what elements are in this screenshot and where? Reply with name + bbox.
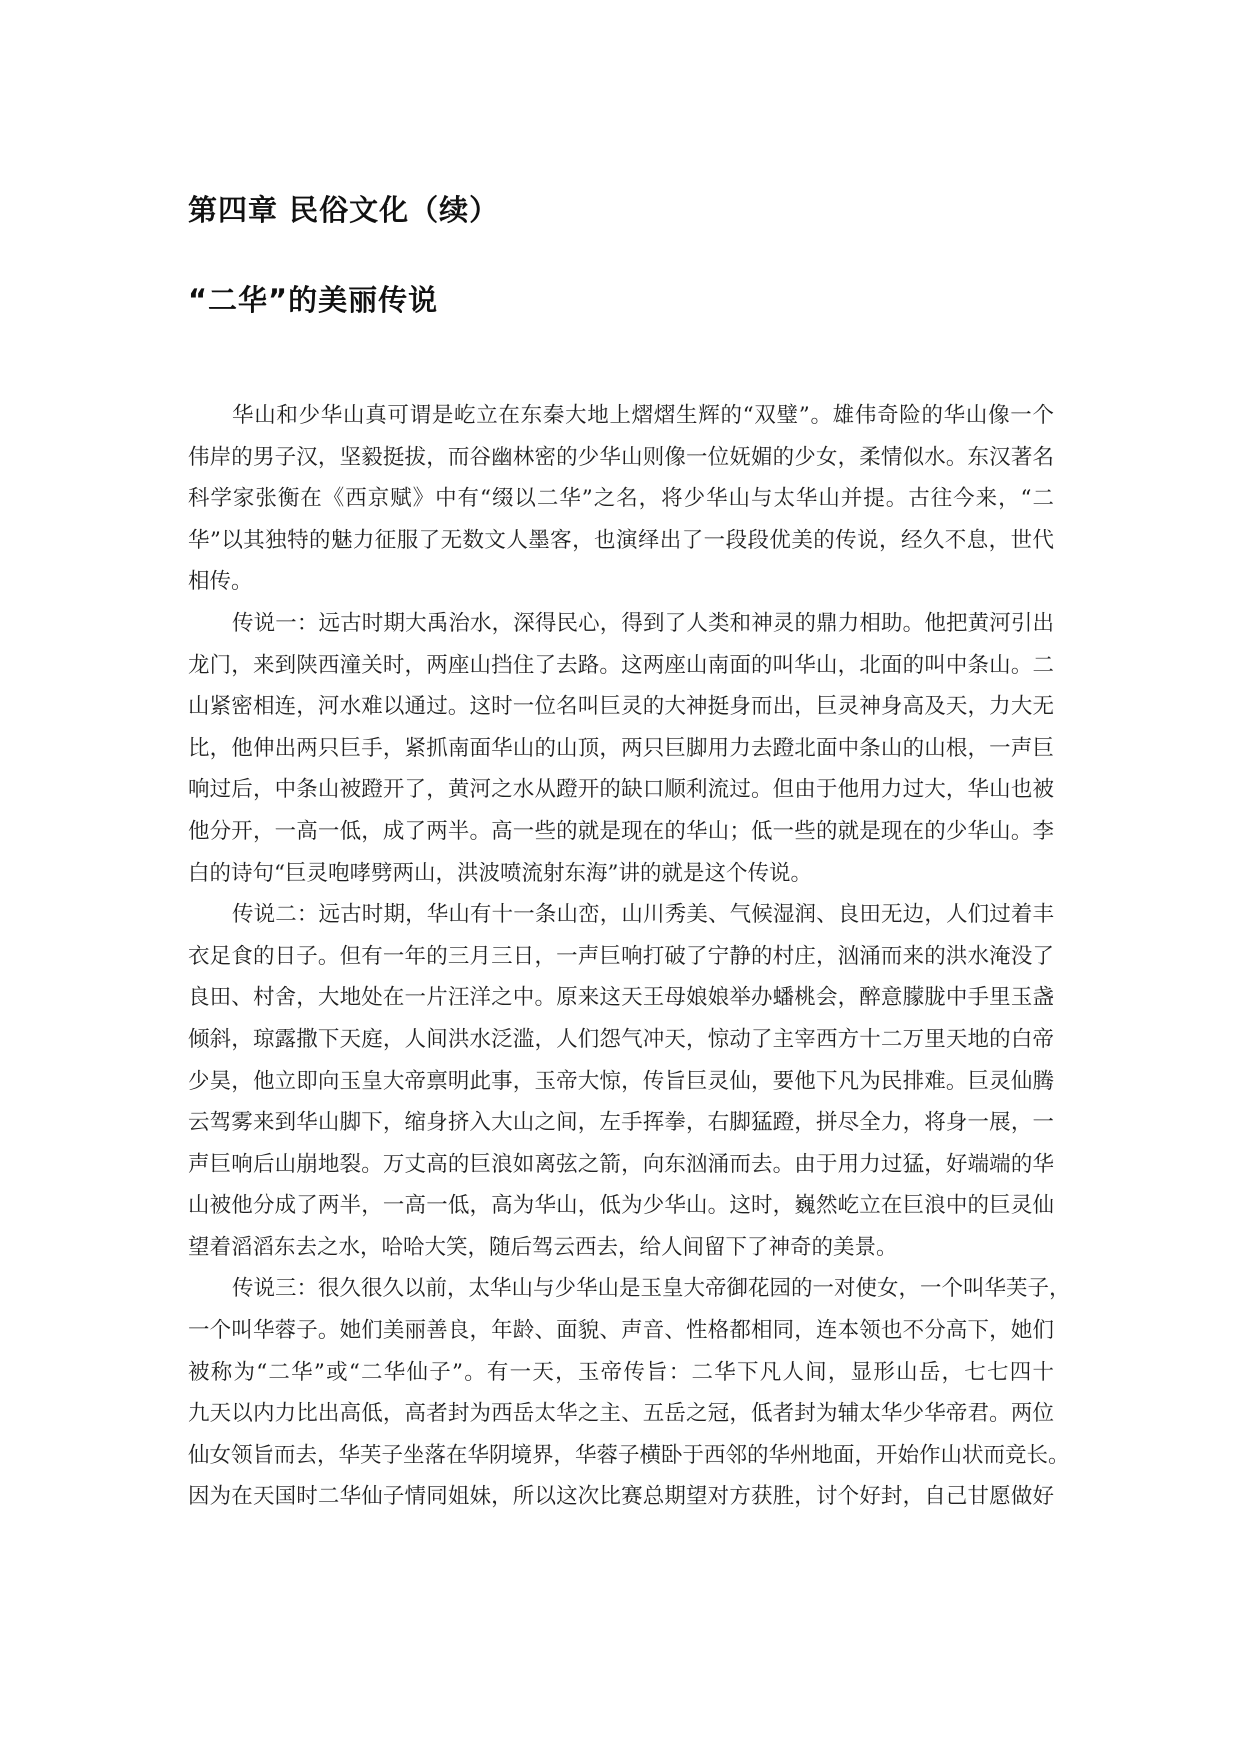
paragraph-legend-two: 传说二：远古时期，华山有十一条山峦，山川秀美、气候湿润、良田无边，人们过着丰 衣… [188,894,1054,1268]
text-line: 望着滔滔东去之水，哈哈大笑，随后驾云西去，给人间留下了神奇的美景。 [188,1227,1054,1269]
paragraph-legend-three: 传说三：很久很久以前，太华山与少华山是玉皇大帝御花园的一对使女，一个叫华芙子， … [188,1268,1054,1518]
text-line: 传说一：远古时期大禹治水，深得民心，得到了人类和神灵的鼎力相助。他把黄河引出 [188,603,1054,645]
text-line: 山紧密相连，河水难以通过。这时一位名叫巨灵的大神挺身而出，巨灵神身高及天，力大无 [188,686,1054,728]
text-line: 山被他分成了两半，一高一低，高为华山，低为少华山。这时，巍然屹立在巨浪中的巨灵仙 [188,1185,1054,1227]
text-line: 因为在天国时二华仙子情同姐妹，所以这次比赛总期望对方获胜，讨个好封，自己甘愿做好 [188,1476,1054,1518]
document-page: 第四章 民俗文化（续） “二华”的美丽传说 华山和少华山真可谓是屹立在东秦大地上… [0,0,1240,1754]
text-line: 他分开，一高一低，成了两半。高一些的就是现在的华山；低一些的就是现在的少华山。李 [188,811,1054,853]
text-line: 响过后，中条山被蹬开了，黄河之水从蹬开的缺口顺利流过。但由于他用力过大，华山也被 [188,769,1054,811]
paragraph-legend-one: 传说一：远古时期大禹治水，深得民心，得到了人类和神灵的鼎力相助。他把黄河引出 龙… [188,603,1054,894]
text-line: 云驾雾来到华山脚下，缩身挤入大山之间，左手挥拳，右脚猛蹬，拼尽全力，将身一展，一 [188,1102,1054,1144]
text-line: 被称为“二华”或“二华仙子”。有一天，玉帝传旨：二华下凡人间，显形山岳，七七四十 [188,1352,1054,1394]
paragraph-intro: 华山和少华山真可谓是屹立在东秦大地上熠熠生辉的“双璧”。雄伟奇险的华山像一个 伟… [188,395,1054,603]
text-line: 传说二：远古时期，华山有十一条山峦，山川秀美、气候湿润、良田无边，人们过着丰 [188,894,1054,936]
text-line: 少昊，他立即向玉皇大帝禀明此事，玉帝大惊，传旨巨灵仙，要他下凡为民排难。巨灵仙腾 [188,1061,1054,1103]
chapter-title: 第四章 民俗文化（续） [188,188,499,229]
text-line: 良田、村舍，大地处在一片汪洋之中。原来这天王母娘娘举办蟠桃会，醉意朦胧中手里玉盏 [188,977,1054,1019]
text-line: 华”以其独特的魅力征服了无数文人墨客，也演绎出了一段段优美的传说，经久不息，世代 [188,520,1054,562]
text-line: 伟岸的男子汉，坚毅挺拔，而谷幽林密的少华山则像一位妩媚的少女，柔情似水。东汉著名 [188,437,1054,479]
text-line: 比，他伸出两只巨手，紧抓南面华山的山顶，两只巨脚用力去蹬北面中条山的山根，一声巨 [188,728,1054,770]
text-line: 声巨响后山崩地裂。万丈高的巨浪如离弦之箭，向东汹涌而去。由于用力过猛，好端端的华 [188,1144,1054,1186]
text-line: 华山和少华山真可谓是屹立在东秦大地上熠熠生辉的“双璧”。雄伟奇险的华山像一个 [188,395,1054,437]
text-line: 白的诗句“巨灵咆哮劈两山，洪波喷流射东海”讲的就是这个传说。 [188,853,1054,895]
text-line: 九天以内力比出高低，高者封为西岳太华之主、五岳之冠，低者封为辅太华少华帝君。两位 [188,1393,1054,1435]
body-text: 华山和少华山真可谓是屹立在东秦大地上熠熠生辉的“双璧”。雄伟奇险的华山像一个 伟… [188,395,1054,1518]
text-line: 仙女领旨而去，华芙子坐落在华阴境界，华蓉子横卧于西邻的华州地面，开始作山状而竞长… [188,1435,1054,1477]
section-title: “二华”的美丽传说 [188,278,438,319]
text-line: 相传。 [188,561,1054,603]
text-line: 衣足食的日子。但有一年的三月三日，一声巨响打破了宁静的村庄，汹涌而来的洪水淹没了 [188,936,1054,978]
text-line: 一个叫华蓉子。她们美丽善良，年龄、面貌、声音、性格都相同，连本领也不分高下，她们 [188,1310,1054,1352]
text-line: 传说三：很久很久以前，太华山与少华山是玉皇大帝御花园的一对使女，一个叫华芙子， [188,1268,1054,1310]
text-line: 科学家张衡在《西京赋》中有“缀以二华”之名，将少华山与太华山并提。古往今来，“二 [188,478,1054,520]
text-line: 龙门，来到陕西潼关时，两座山挡住了去路。这两座山南面的叫华山，北面的叫中条山。二 [188,645,1054,687]
text-line: 倾斜，琼露撒下天庭，人间洪水泛滥，人们怨气冲天，惊动了主宰西方十二万里天地的白帝 [188,1019,1054,1061]
